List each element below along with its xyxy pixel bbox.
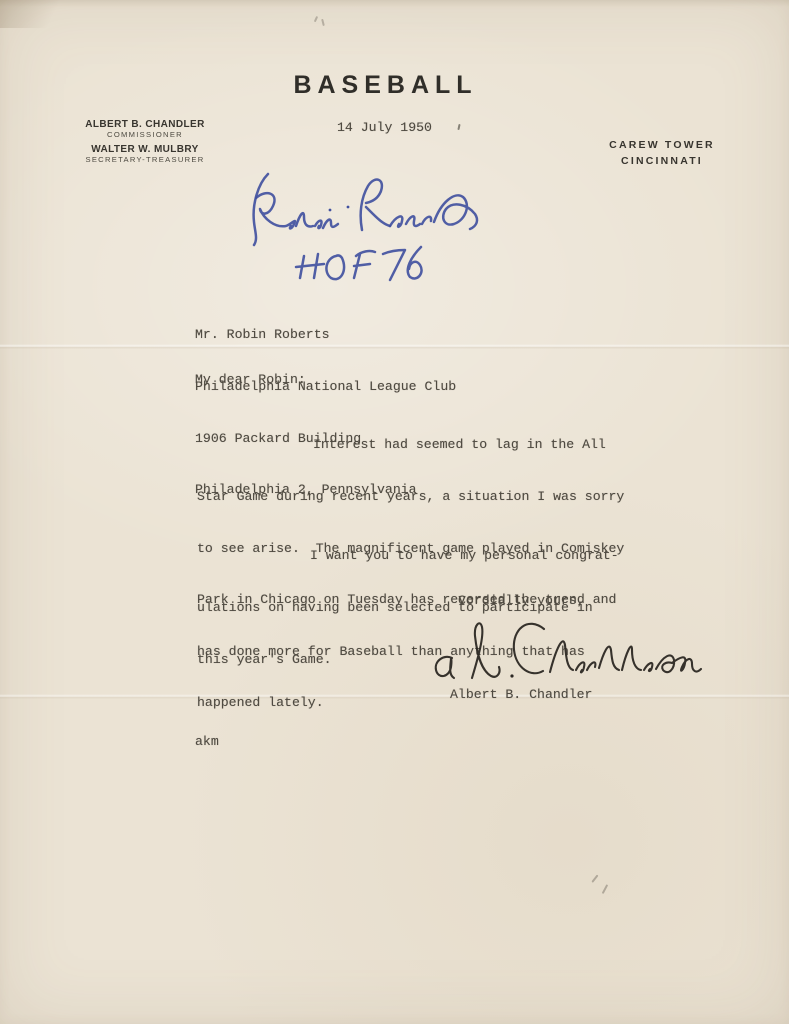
- closing: Cordially yours,: [458, 592, 585, 609]
- letterhead-title: BASEBALL: [0, 71, 780, 100]
- letterhead-officials: ALBERT B. CHANDLER COMMISSIONER WALTER W…: [84, 119, 206, 169]
- letter-date: 14 July 1950: [337, 119, 432, 136]
- body-line: I want you to have my personal congrat-: [197, 547, 619, 564]
- official-name: WALTER W. MULBRY: [84, 144, 206, 155]
- stray-mark: [602, 884, 608, 894]
- body-line: Interest had seemed to lag in the All: [197, 436, 624, 453]
- stray-mark: [591, 874, 598, 882]
- official-title: SECRETARY-TREASURER: [84, 155, 206, 164]
- typist-initials: akm: [195, 733, 219, 750]
- paper-corner-crease: [0, 0, 80, 28]
- location-building: CAREW TOWER: [598, 138, 726, 154]
- stray-mark: [314, 16, 318, 22]
- recipient-name: Mr. Robin Roberts: [195, 326, 456, 343]
- letter-page: BASEBALL ALBERT B. CHANDLER COMMISSIONER…: [0, 0, 789, 1024]
- salutation: My dear Robin:: [195, 371, 306, 388]
- stray-mark: [321, 19, 324, 26]
- official-title: COMMISSIONER: [84, 130, 206, 139]
- paper-top-edge-shadow: [0, 0, 789, 7]
- letterhead-location: CAREW TOWER CINCINNATI: [598, 138, 726, 169]
- stray-mark: [457, 124, 460, 130]
- body-line: Star Game during recent years, a situati…: [197, 488, 624, 505]
- chandler-signature: [420, 612, 720, 697]
- location-city: CINCINNATI: [598, 154, 726, 170]
- official-name: ALBERT B. CHANDLER: [84, 119, 206, 130]
- robin-roberts-autograph: [230, 166, 486, 282]
- signer-typed-name: Albert B. Chandler: [450, 686, 592, 703]
